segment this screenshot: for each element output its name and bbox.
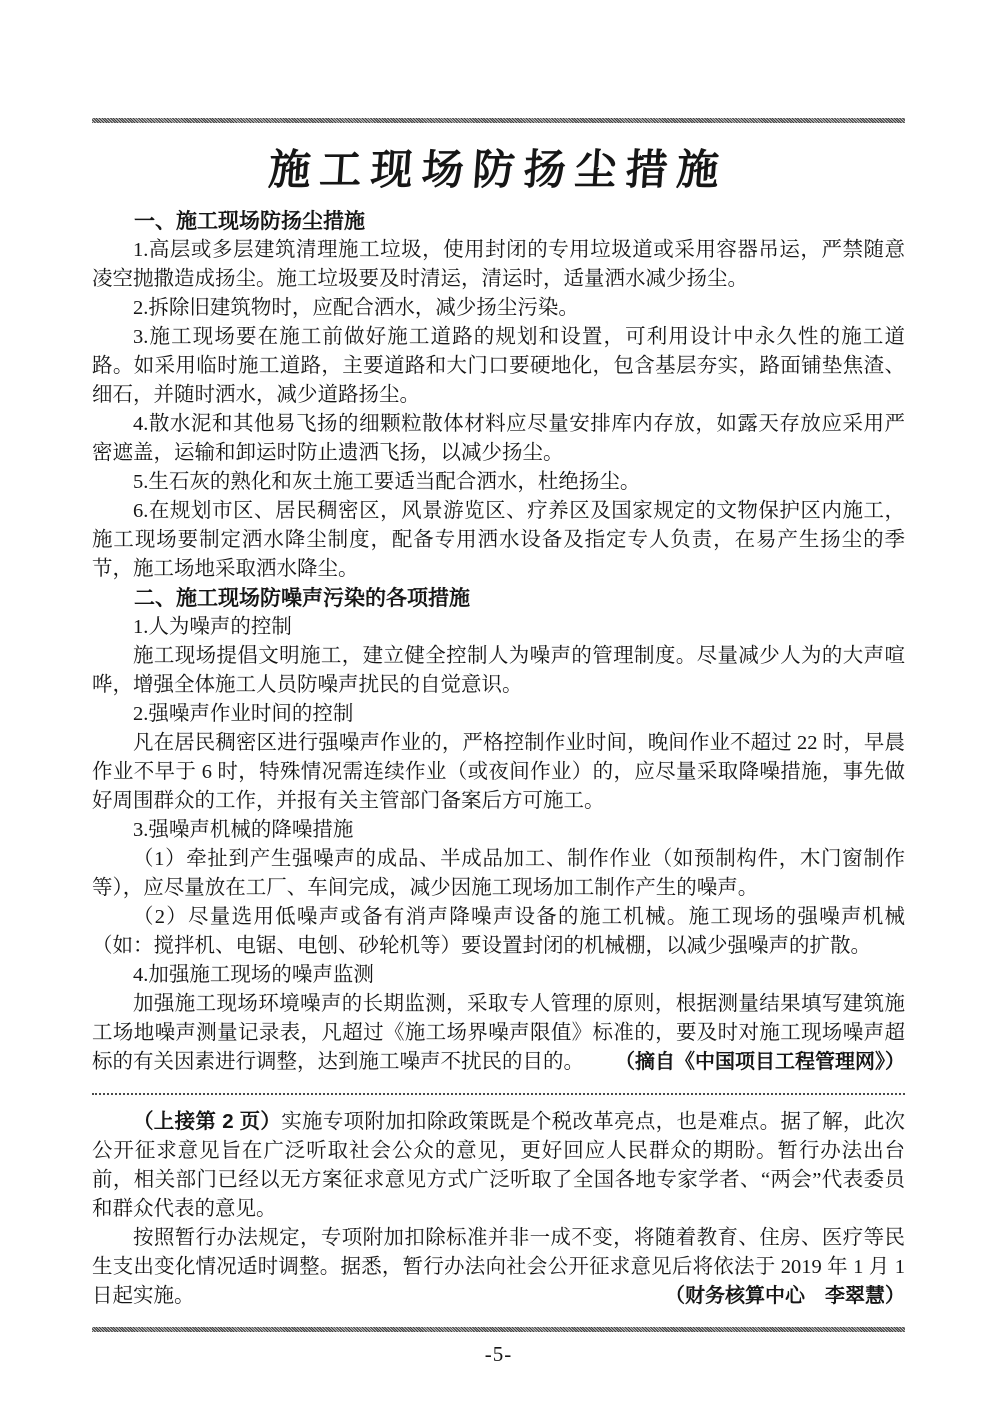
paragraph: 3.强噪声机械的降噪措施 xyxy=(92,816,905,845)
paragraph: 凡在居民稠密区进行强噪声作业的，严格控制作业时间，晚间作业不超过 22 时，早晨… xyxy=(92,729,905,816)
paragraph-with-leadin: （上接第 2 页）实施专项附加扣除政策既是个税改革亮点，也是难点。据了解，此次公… xyxy=(92,1107,905,1224)
section1-heading: 一、施工现场防扬尘措施 xyxy=(92,207,905,236)
paragraph: 施工现场提倡文明施工，建立健全控制人为噪声的管理制度。尽量减少人为的大声喧哗，增… xyxy=(92,642,905,700)
section2-heading: 二、施工现场防噪声污染的各项措施 xyxy=(92,584,905,613)
paragraph: （2）尽量选用低噪声或备有消声降噪声设备的施工机械。施工现场的强噪声机械（如：搅… xyxy=(92,903,905,961)
paragraph: 5.生石灰的熟化和灰土施工要适当配合洒水，杜绝扬尘。 xyxy=(92,468,905,497)
paragraph: 4.散水泥和其他易飞扬的细颗粒散体材料应尽量安排库内存放，如露天存放应采用严密遮… xyxy=(92,410,905,468)
paragraph: 6.在规划市区、居民稠密区，风景游览区、疗养区及国家规定的文物保护区内施工，施工… xyxy=(92,497,905,584)
paragraph: 2.强噪声作业时间的控制 xyxy=(92,700,905,729)
paragraph: 1.人为噪声的控制 xyxy=(92,613,905,642)
top-divider-line xyxy=(92,118,905,123)
article2-tax-policy-continued: （上接第 2 页）实施专项附加扣除政策既是个税改革亮点，也是难点。据了解，此次公… xyxy=(92,1107,905,1311)
article1-title: 施工现场防扬尘措施 xyxy=(90,137,907,197)
article1-source-attribution: （摘自《中国项目工程管理网》） xyxy=(615,1048,905,1077)
article-divider-line xyxy=(92,1093,905,1095)
page-content: 施工现场防扬尘措施 一、施工现场防扬尘措施 1.高层或多层建筑清理施工垃圾，使用… xyxy=(0,0,1000,1367)
article2-author-attribution: （财务核算中心 李翠慧） xyxy=(665,1282,905,1311)
paragraph: 3.施工现场要在施工前做好施工道路的规划和设置，可利用设计中永久性的施工道路。如… xyxy=(92,323,905,410)
bottom-divider-line xyxy=(92,1327,905,1332)
page-number: -5- xyxy=(92,1342,905,1367)
continued-from-page-label: （上接第 2 页） xyxy=(133,1110,281,1133)
paragraph-with-attribution: 按照暂行办法规定，专项附加扣除标准并非一成不变，将随着教育、住房、医疗等民生支出… xyxy=(92,1224,905,1311)
paragraph: （1）牵扯到产生强噪声的成品、半成品加工、制作作业（如预制构件，木门窗制作等），… xyxy=(92,845,905,903)
paragraph: 2.拆除旧建筑物时，应配合洒水，减少扬尘污染。 xyxy=(92,294,905,323)
paragraph: 1.高层或多层建筑清理施工垃圾，使用封闭的专用垃圾道或采用容器吊运，严禁随意凌空… xyxy=(92,236,905,294)
article1-dust-measures: 一、施工现场防扬尘措施 1.高层或多层建筑清理施工垃圾，使用封闭的专用垃圾道或采… xyxy=(92,207,905,1077)
paragraph: 4.加强施工现场的噪声监测 xyxy=(92,961,905,990)
document-page: 施工现场防扬尘措施 一、施工现场防扬尘措施 1.高层或多层建筑清理施工垃圾，使用… xyxy=(0,0,1000,1414)
paragraph-with-attribution: 加强施工现场环境噪声的长期监测，采取专人管理的原则，根据测量结果填写建筑施工场地… xyxy=(92,990,905,1077)
